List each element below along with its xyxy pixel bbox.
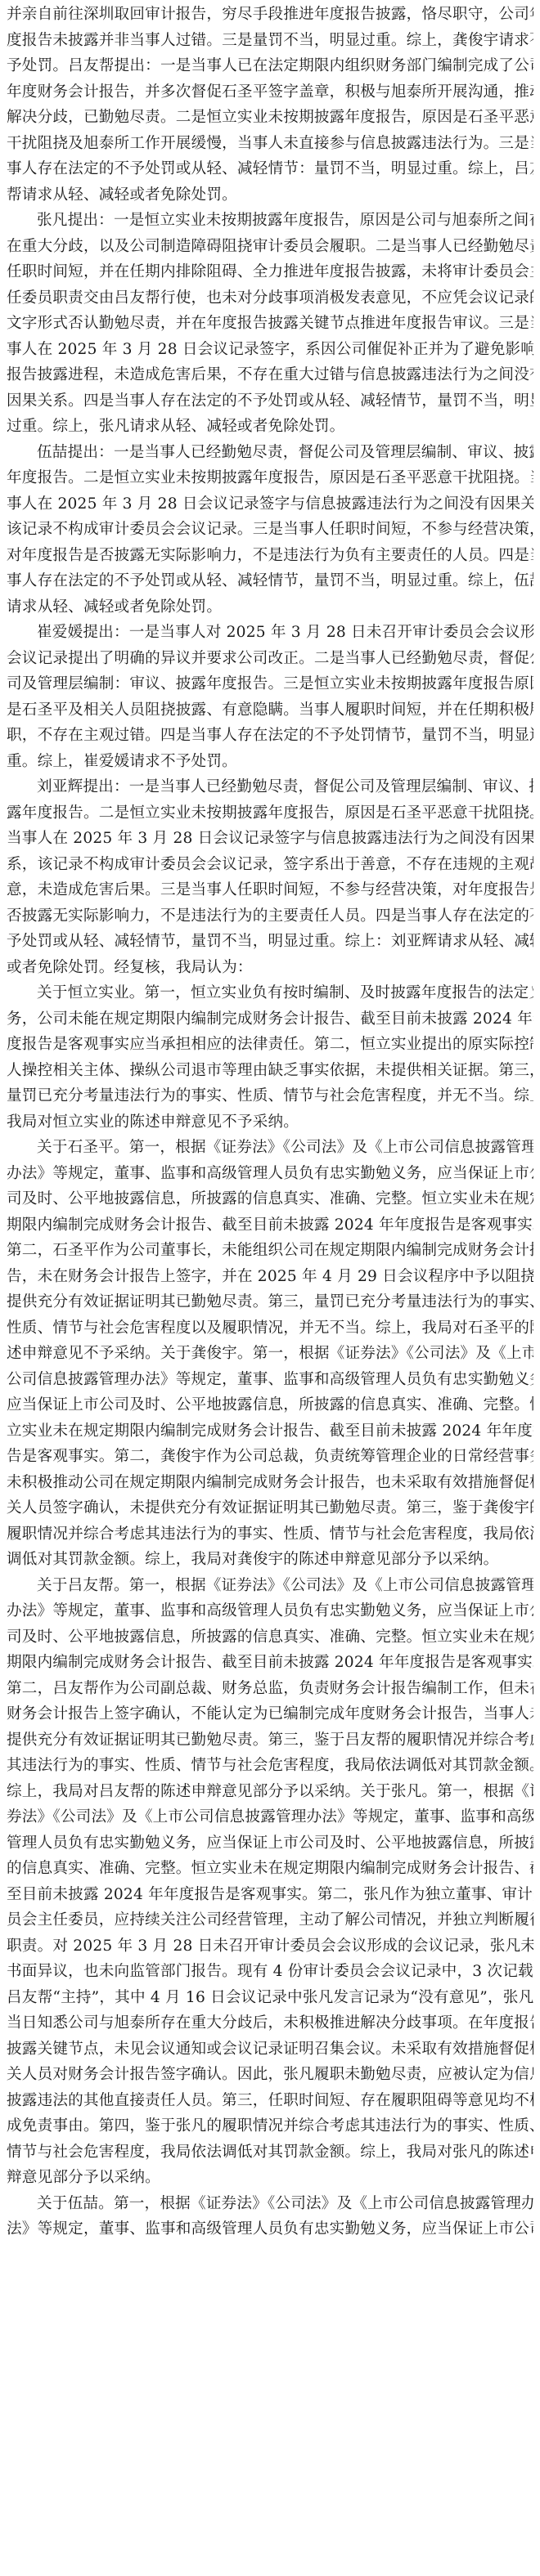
text-line: 司及时、公平地披露信息，所披露的信息真实、准确、完整。恒立实业未在规定 [7,1624,533,1651]
text-line: 员会主任委员，应持续关注公司经营管理，主动了解公司情况，并独立判断履行 [7,1907,533,1933]
text-line: 度报告是客观事实应当承担相应的法律责任。第二，恒立实业提出的原实际控制 [7,1032,533,1058]
text-line: 在重大分歧，以及公司制造障碍阻挠审计委员会履职。二是当事人已经勤勉尽责， [7,234,533,260]
text-line: 会议记录提出了明确的异议并要求公司改正。二是当事人已经勤勉尽责，督促公 [7,646,533,672]
text-line: 予处罚。吕友帮提出：一是当事人已在法定期限内组织财务部门编制完成了公司 [7,53,533,79]
text-line: 书面异议，也未向监管部门报告。现有 4 份审计委员会会议记录中，3 次记载由 [7,1959,533,1985]
text-line: 司及管理层编制：审议、披露年度报告。三是恒立实业未按期披露年度报告原因 [7,671,533,697]
text-line: 期限内编制完成财务会计报告、截至目前未披露 2024 年年度报告是客观事实。 [7,1650,533,1676]
paragraph-p-lvyoubang-zhangfan: 关于吕友帮。第一，根据《证券法》《公司法》及《上市公司信息披露管理办法》等规定，… [7,1573,533,2191]
text-line: 并亲自前往深圳取回审计报告，穷尽手段推进年度报告披露，恪尽职守，公司年 [7,2,533,28]
paragraph-p-zhangfan: 张凡提出：一是恒立实业未按期披露年度报告，原因是公司与旭泰所之间存在重大分歧，以… [7,208,533,440]
text-line: 伍喆提出：一是当事人已经勤勉尽责，督促公司及管理层编制、审议、披露 [7,440,533,466]
text-line: 辩意见部分予以采纳。 [7,2165,533,2191]
text-line: 报告披露进程，未造成危害后果，不存在重大过错与信息披露违法行为之间没有 [7,362,533,388]
text-line: 度报告未披露并非当事人过错。三是量罚不当，明显过重。综上，龚俊宇请求不 [7,28,533,54]
text-line: 第二，石圣平作为公司董事长，未能组织公司在规定期限内编制完成财务会计报 [7,1238,533,1264]
text-line: 职责。对 2025 年 3 月 28 日未召开审计委员会会议形成的会议记录，张凡… [7,1933,533,1960]
text-line: 系，该记录不构成审计委员会会议记录，签字系出于善意，不存在违规的主观故 [7,852,533,878]
text-line: 任委员职责交由吕友帮行使，也未对分歧事项消极发表意见，不应凭会议记录的 [7,285,533,311]
text-line: 关于伍喆。第一，根据《证券法》《公司法》及《上市公司信息披露管理办 [7,2191,533,2217]
paragraph-p-cuiaiyuan: 崔爱媛提出：一是当事人对 2025 年 3 月 28 日未召开审计委员会会议形成… [7,620,533,774]
text-line: 关于吕友帮。第一，根据《证券法》《公司法》及《上市公司信息披露管理 [7,1573,533,1599]
text-line: 是石圣平及相关人员阻挠披露、有意隐瞒。当事人履职时间短，并在任期积极履 [7,697,533,724]
text-line: 事人在 2025 年 3 月 28 日会议记录签字，系因公司催促补正并为了避免影… [7,337,533,363]
text-line: 法》等规定，董事、监事和高级管理人员负有忠实勤勉义务，应当保证上市公司 [7,2216,533,2242]
text-line: 未积极推动公司在规定期限内编制完成财务会计报告，也未采取有效措施督促相 [7,1470,533,1496]
paragraph-p-hengli: 关于恒立实业。第一，恒立实业负有按时编制、及时披露年度报告的法定义务，公司未能在… [7,980,533,1135]
text-line: 予处罚或从轻、减轻情节，量罚不当，明显过重。综上：刘亚辉请求从轻、减轻 [7,929,533,955]
text-line: 对年度报告是否披露无实际影响力，不是违法行为负有主要责任的人员。四是当 [7,543,533,569]
text-line: 否披露无实际影响力，不是违法行为的主要责任人员。四是当事人存在法定的不 [7,903,533,930]
text-line: 因果关系。四是当事人存在法定的不予处罚或从轻、减轻情节，量罚不当，明显 [7,388,533,414]
text-line: 意，未造成危害后果。三是当事人任职时间短，不参与经营决策，对年度报告是 [7,877,533,903]
text-line: 关人员签字确认，未提供充分有效证据证明其已勤勉尽责。第三，鉴于龚俊宇的 [7,1495,533,1521]
text-line: 披露违法的其他直接责任人员。第三，任职时间短、存在履职阻碍等意见均不构 [7,2088,533,2114]
text-line: 办法》等规定，董事、监事和高级管理人员负有忠实勤勉义务，应当保证上市公 [7,1598,533,1624]
text-line: 我局对恒立实业的陈述申辩意见不予采纳。 [7,1109,533,1136]
text-line: 券法》《公司法》及《上市公司信息披露管理办法》等规定，董事、监事和高级 [7,1804,533,1830]
text-line: 性质、情节与社会危害程度以及履职情况，并无不当。综上，我局对石圣平的陈 [7,1315,533,1342]
text-line: 述申辩意见不予采纳。关于龚俊宇。第一，根据《证券法》《公司法》及《上市 [7,1341,533,1367]
document-page: 并亲自前往深圳取回审计报告，穷尽手段推进年度报告披露，恪尽职守，公司年度报告未披… [0,0,540,2242]
text-line: 年度财务会计报告，并多次督促石圣平签字盖章，积极与旭泰所开展沟通，推动 [7,79,533,105]
text-line: 履职情况并综合考虑其违法行为的事实、性质、情节与社会危害程度，我局依法 [7,1521,533,1548]
text-line: 办法》等规定，董事、监事和高级管理人员负有忠实勤勉义务，应当保证上市公 [7,1161,533,1187]
text-line: 张凡提出：一是恒立实业未按期披露年度报告，原因是公司与旭泰所之间存 [7,208,533,234]
text-line: 当事人在 2025 年 3 月 28 日会议记录签字与信息披露违法行为之间没有因… [7,826,533,852]
text-line: 关于恒立实业。第一，恒立实业负有按时编制、及时披露年度报告的法定义 [7,980,533,1006]
text-line: 事人存在法定的不予处罚或从轻、减轻情节，量罚不当，明显过重。综上，伍喆 [7,568,533,594]
text-line: 任职时间短，并在任期内排除阻碍、全力推进年度报告披露，未将审计委员会主 [7,259,533,285]
text-line: 事人存在法定的不予处罚或从轻、减轻情节：量罚不当，明显过重。综上，吕友 [7,156,533,182]
text-line: 应当保证上市公司及时、公平地披露信息，所披露的信息真实、准确、完整。恒 [7,1392,533,1418]
text-line: 财务会计报告上签字确认，不能认定为已编制完成年度财务会计报告，当事人未 [7,1701,533,1727]
text-line: 其违法行为的事实、性质、情节与社会危害程度，我局依法调低对其罚款金额。 [7,1753,533,1779]
text-line: 人操控相关主体、操纵公司退市等理由缺乏事实依据，未提供相关证据。第三， [7,1058,533,1084]
paragraph-p-liuyahui: 刘亚辉提出：一是当事人已经勤勉尽责，督促公司及管理层编制、审议、披露年度报告。二… [7,774,533,980]
text-line: 帮请求从轻、减轻或者免除处罚。 [7,182,533,208]
text-line: 吕友帮“主持”，其中 4 月 16 日会议记录中张凡发言记录为“没有意见”，张凡 [7,1985,533,2011]
text-line: 情节与社会危害程度，我局依法调低对其罚款金额。综上，我局对张凡的陈述申 [7,2139,533,2166]
text-line: 事人在 2025 年 3 月 28 日会议记录签字与信息披露违法行为之间没有因果… [7,491,533,517]
paragraph-p-wuzhe: 伍喆提出：一是当事人已经勤勉尽责，督促公司及管理层编制、审议、披露年度报告。二是… [7,440,533,620]
text-line: 量罚已充分考量违法行为的事实、性质、情节与社会危害程度，并无不当。综上， [7,1083,533,1109]
text-line: 当日知悉公司与旭泰所存在重大分歧后，未积极推进解决分歧事项。在年度报告 [7,2010,533,2036]
text-line: 成免责事由。第四，鉴于张凡的履职情况并综合考虑其违法行为的事实、性质、 [7,2113,533,2139]
text-line: 职，不存在主观过错。四是当事人存在法定的不予处罚情节，量罚不当，明显过 [7,723,533,749]
text-line: 崔爱媛提出：一是当事人对 2025 年 3 月 28 日未召开审计委员会会议形成… [7,620,533,646]
text-line: 第二，吕友帮作为公司副总裁、财务总监，负责财务会计报告编制工作，但未在 [7,1676,533,1702]
text-line: 提供充分有效证据证明其已勤勉尽责。第三，量罚已充分考量违法行为的事实、 [7,1289,533,1315]
text-line: 告，未在财务会计报告上签字，并在 2025 年 4 月 29 日会议程序中予以阻… [7,1264,533,1290]
text-line: 刘亚辉提出：一是当事人已经勤勉尽责，督促公司及管理层编制、审议、披 [7,774,533,800]
text-line: 综上，我局对吕友帮的陈述申辩意见部分予以采纳。关于张凡。第一，根据《证 [7,1779,533,1805]
text-line: 提供充分有效证据证明其已勤勉尽责。第三，鉴于吕友帮的履职情况并综合考虑 [7,1727,533,1754]
text-line: 立实业未在规定期限内编制完成财务会计报告、截至目前未披露 2024 年年度报 [7,1418,533,1445]
paragraph-p-wuzhe-ruling: 关于伍喆。第一，根据《证券法》《公司法》及《上市公司信息披露管理办法》等规定，董… [7,2191,533,2242]
text-line: 重。综上，崔爱媛请求不予处罚。 [7,749,533,775]
text-line: 调低对其罚款金额。综上，我局对龚俊宇的陈述申辩意见部分予以采纳。 [7,1547,533,1573]
text-line: 披露关键节点，未见会议通知或会议记录证明召集会议。未采取有效措施督促相 [7,2036,533,2063]
text-line: 关于石圣平。第一，根据《证券法》《公司法》及《上市公司信息披露管理 [7,1135,533,1161]
text-line: 务，公司未能在规定期限内编制完成财务会计报告、截至目前未披露 2024 年年 [7,1006,533,1033]
text-line: 至目前未披露 2024 年年度报告是客观事实。第二，张凡作为独立董事、审计委 [7,1882,533,1908]
text-line: 关人员对财务会计报告签字确认。因此，张凡履职未勤勉尽责，应被认定为信息 [7,2062,533,2088]
text-line: 干扰阻挠及旭泰所工作开展缓慢，当事人未直接参与信息披露违法行为。三是当 [7,131,533,157]
text-line: 或者免除处罚。经复核，我局认为： [7,955,533,981]
text-line: 管理人员负有忠实勤勉义务，应当保证上市公司及时、公平地披露信息，所披露 [7,1830,533,1857]
text-line: 年度报告。二是恒立实业未按期披露年度报告，原因是石圣平恶意干扰阻挠。当 [7,465,533,491]
paragraph-p-gongjunyu-end-lvyoubang: 并亲自前往深圳取回审计报告，穷尽手段推进年度报告披露，恪尽职守，公司年度报告未披… [7,2,533,208]
text-line: 司及时、公平地披露信息，所披露的信息真实、准确、完整。恒立实业未在规定 [7,1186,533,1212]
text-line: 解决分歧，已勤勉尽责。二是恒立实业未按期披露年度报告，原因是石圣平恶意 [7,105,533,131]
text-line: 公司信息披露管理办法》等规定，董事、监事和高级管理人员负有忠实勤勉义务， [7,1367,533,1393]
paragraph-p-shishengping-gongjunyu: 关于石圣平。第一，根据《证券法》《公司法》及《上市公司信息披露管理办法》等规定，… [7,1135,533,1573]
text-line: 期限内编制完成财务会计报告、截至目前未披露 2024 年年度报告是客观事实。 [7,1212,533,1239]
text-line: 露年度报告。二是恒立实业未按期披露年度报告，原因是石圣平恶意干扰阻挠。 [7,800,533,827]
text-line: 的信息真实、准确、完整。恒立实业未在规定期限内编制完成财务会计报告、截 [7,1856,533,1882]
text-line: 文字形式否认勤勉尽责，并在年度报告披露关键节点推进年度报告审议。三是当 [7,311,533,337]
text-line: 请求从轻、减轻或者免除处罚。 [7,594,533,620]
text-line: 告是客观事实。第二，龚俊宇作为公司总裁，负责统筹管理企业的日常经营事务， [7,1444,533,1470]
text-line: 该记录不构成审计委员会会议记录。三是当事人任职时间短，不参与经营决策， [7,517,533,543]
text-line: 过重。综上，张凡请求从轻、减轻或者免除处罚。 [7,414,533,440]
